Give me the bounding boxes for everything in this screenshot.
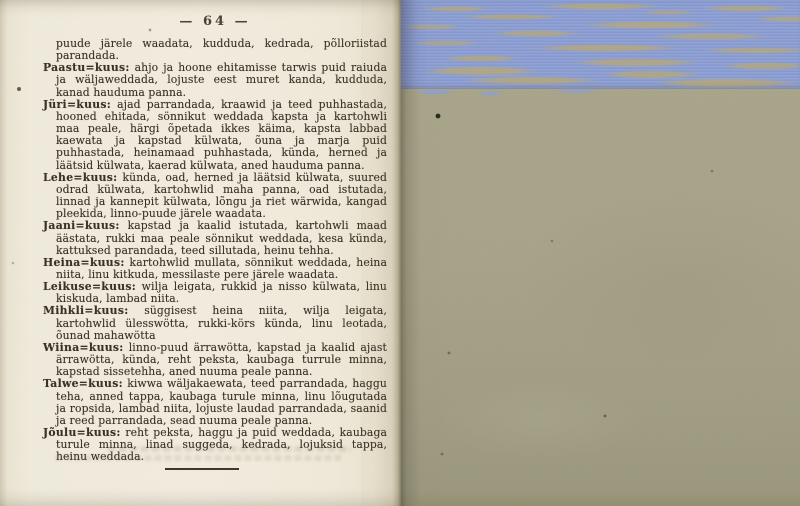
cover-speck-dots bbox=[401, 0, 403, 2]
month-entry: Jüri=kuus: ajad parrandada, kraawid ja t… bbox=[43, 99, 387, 172]
month-entry-label: Jüri=kuus: bbox=[43, 98, 111, 111]
intro-paragraph: puude järele waadata, kudduda, kedrada, … bbox=[56, 38, 387, 62]
month-entry: Leikuse=kuus: wilja leigata, rukkid ja n… bbox=[43, 281, 387, 305]
text-block: — 64 — puude järele waadata, kudduda, ke… bbox=[43, 14, 387, 470]
month-entry-label: Jõulu=kuus: bbox=[43, 426, 121, 439]
blue-paint-residue bbox=[401, 85, 621, 101]
page-number: — 64 — bbox=[179, 14, 250, 29]
month-entry-label: Wiina=kuus: bbox=[43, 341, 124, 354]
month-entry: Heina=kuus: kartohwlid mullata, sönnikut… bbox=[43, 257, 387, 281]
month-entry-label: Lehe=kuus: bbox=[43, 171, 117, 184]
blue-paint-band bbox=[401, 0, 800, 89]
right-cover-page bbox=[401, 0, 800, 506]
page-header: — 64 — bbox=[43, 14, 387, 29]
book-scan: — 64 — puude järele waadata, kudduda, ke… bbox=[0, 0, 800, 506]
body-text: puude järele waadata, kudduda, kedrada, … bbox=[43, 38, 387, 470]
month-entry-label: Mihkli=kuus: bbox=[43, 304, 128, 317]
month-entry-label: Paastu=kuus: bbox=[43, 61, 130, 74]
month-entry-label: Talwe=kuus: bbox=[43, 377, 123, 390]
ink-bleedthrough-line bbox=[55, 455, 341, 461]
month-entry-label: Heina=kuus: bbox=[43, 256, 125, 269]
month-entry-label: Jaani=kuus: bbox=[43, 219, 120, 232]
month-entry: Wiina=kuus: linno-puud ärrawötta, kapsta… bbox=[43, 342, 387, 378]
month-entries-list: Paastu=kuus: ahjo ja hoone ehitamisse ta… bbox=[43, 62, 387, 463]
month-entry-label: Leikuse=kuus: bbox=[43, 280, 136, 293]
paper-speck-dots bbox=[0, 0, 2, 2]
month-entry: Talwe=kuus: kiwwa wäljakaewata, teed par… bbox=[43, 378, 387, 427]
month-entry: Paastu=kuus: ahjo ja hoone ehitamisse ta… bbox=[43, 62, 387, 98]
month-entry: Jaani=kuus: kapstad ja kaalid istutada, … bbox=[43, 220, 387, 256]
end-of-chapter-rule bbox=[165, 468, 239, 470]
month-entry: Lehe=kuus: künda, oad, herned ja läätsid… bbox=[43, 172, 387, 221]
month-entry: Mihkli=kuus: süggisest heina niita, wilj… bbox=[43, 305, 387, 341]
ink-bleedthrough-line bbox=[108, 446, 351, 452]
left-page: — 64 — puude järele waadata, kudduda, ke… bbox=[0, 0, 401, 506]
